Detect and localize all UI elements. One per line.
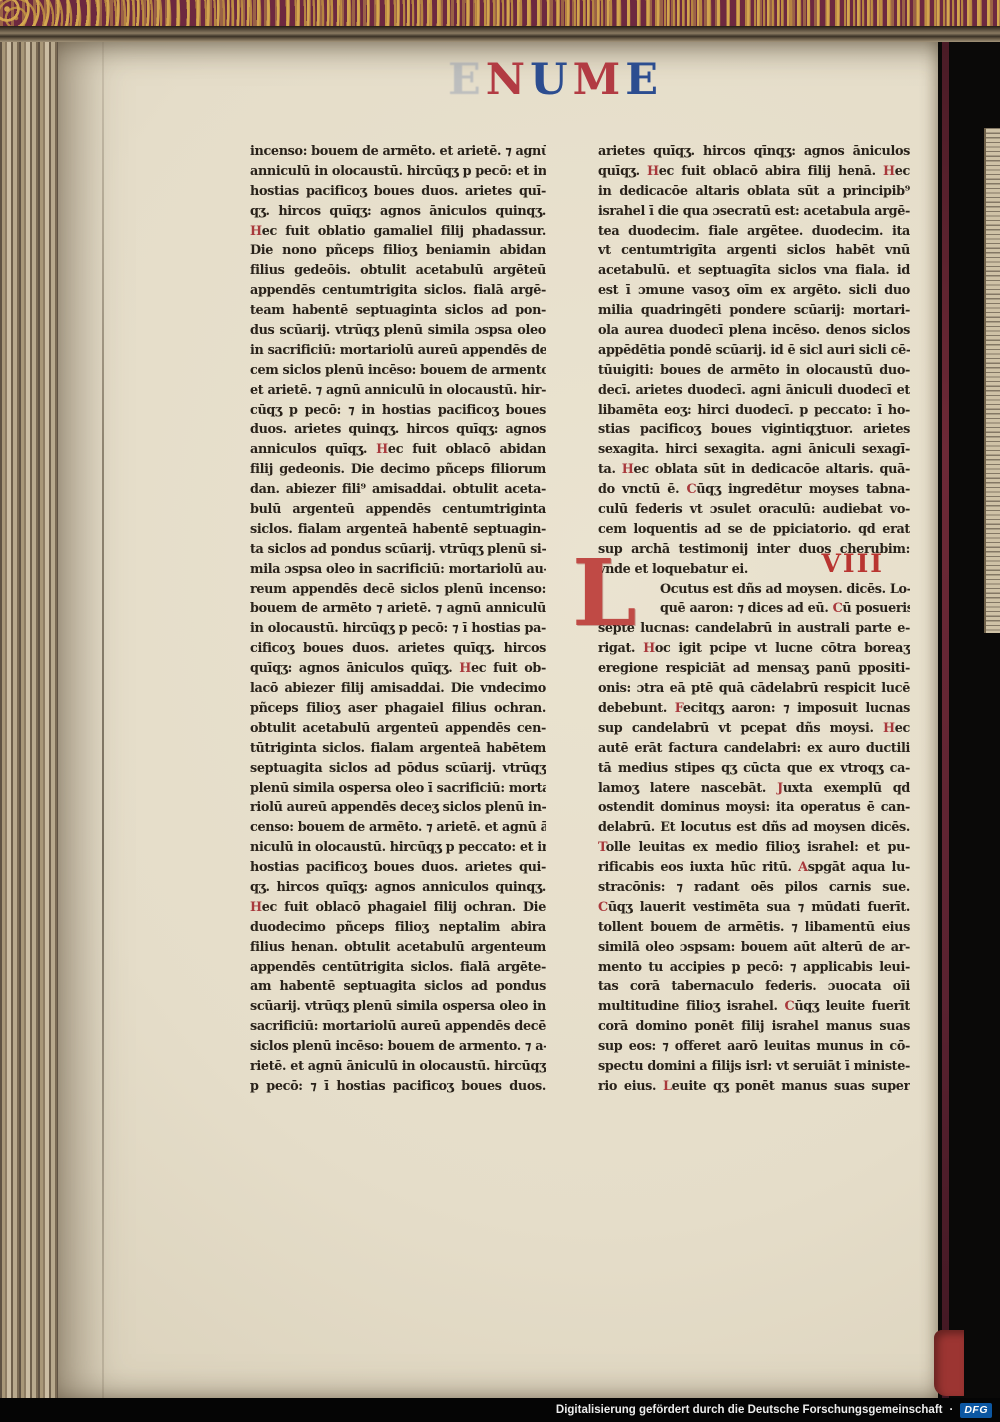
text-line: corā domino ponēt filij israhel manus su… bbox=[598, 1017, 910, 1037]
text-segment: ec fuit oblacō abira filij henā. bbox=[659, 164, 883, 179]
text-line: septuagita siclos ad pōdus scūarij. vtrū… bbox=[250, 759, 546, 779]
text-segment: cem siclos plenū incēso: bouem de arment… bbox=[250, 363, 546, 378]
text-segment: est ī ɔmune vasoʒ oīm ex argēto. sicli d… bbox=[598, 283, 910, 298]
text-line: qʒ. hircos quīqʒ: agnos āniculos quinqʒ. bbox=[250, 202, 546, 222]
text-line: dus scūarij. vtrūqʒ plenū simila ɔspsa o… bbox=[250, 321, 546, 341]
text-segment: cem loquentis ad se de ppiciatorio. qd e… bbox=[598, 522, 910, 537]
text-line: bulū argenteū appendēs centumtriginta bbox=[250, 500, 546, 520]
text-line: tūuigiti: boues de armēto in olocaustū d… bbox=[598, 361, 910, 381]
text-line: siclos. fialam argenteā habentē septuagi… bbox=[250, 520, 546, 540]
text-segment: qʒ. hircos quīqʒ: agnos anniculos quinqʒ… bbox=[250, 880, 546, 895]
text-segment: filius gedeōis. obtulit acetabulū argēte… bbox=[250, 263, 546, 278]
text-line: autē erāt factura candelabri: ex auro du… bbox=[598, 739, 910, 759]
bookmark-red-corner bbox=[934, 1330, 964, 1396]
text-segment: tea duodecim. fiale argētee. duodecim. i… bbox=[598, 224, 910, 239]
text-segment: in olocaustū. hircūqʒ p pecō: ⁊ ī hostia… bbox=[250, 621, 546, 636]
text-line: et arietē. ⁊ agnū anniculū in olocaustū.… bbox=[250, 381, 546, 401]
cover-fore-edge bbox=[942, 42, 949, 1398]
text-line: rigat. Hoc igit pcipe vt lucne cōtra bor… bbox=[598, 639, 910, 659]
text-line: ola aurea duodecī plena incēso. denos si… bbox=[598, 321, 910, 341]
text-line: eregione respiciāt ad mensaʒ panū pposit… bbox=[598, 659, 910, 679]
text-line: spectu domini a filijs isrl: vt seruiāt … bbox=[598, 1057, 910, 1077]
running-title-letter: E bbox=[625, 56, 658, 104]
text-line: similā oleo ɔspsam: bouem aūt alterū de … bbox=[598, 938, 910, 958]
text-segment: mila ɔspsa oleo in sacrificiū: mortariol… bbox=[250, 562, 546, 577]
text-segment: hostias pacificoʒ boues duos. arietes qu… bbox=[250, 184, 546, 199]
text-line: cificoʒ boues duos. arietes quīqʒ. hirco… bbox=[250, 639, 546, 659]
text-segment: decī. arietes duodecī. agni āniculi duod… bbox=[598, 383, 910, 398]
rubricated-letter: H bbox=[250, 224, 262, 239]
text-segment: scūarij. vtrūqʒ plenū simila ospersa ole… bbox=[250, 999, 546, 1014]
text-line: riolū aureū appendēs deceʒ siclos plenū … bbox=[250, 798, 546, 818]
text-line: in dedicacōe altaris oblata sūt a princi… bbox=[598, 182, 910, 202]
text-segment: spgāt aqua lu- bbox=[808, 860, 910, 875]
text-segment: rio eius. bbox=[598, 1079, 663, 1094]
text-segment: quē aaron: ⁊ dices ad eū. bbox=[660, 601, 833, 616]
text-segment: stias pacificoʒ boues vigintiqʒtuor. ari… bbox=[598, 422, 910, 437]
text-line: onis: ɔtra eā ptē quā cādelabrū respicit… bbox=[598, 679, 910, 699]
text-line: incenso: bouem de armēto. et arietē. ⁊ a… bbox=[250, 142, 546, 162]
text-line: bouem de armēto ⁊ arietē. ⁊ agnū annicul… bbox=[250, 599, 546, 619]
rubricated-letter: H bbox=[647, 164, 659, 179]
text-segment: euite qʒ ponēt manus suas super bbox=[672, 1079, 910, 1094]
text-line: Tolle leuitas ex medio filioʒ israhel: e… bbox=[598, 838, 910, 858]
text-line: rio eius. Leuite qʒ ponēt manus suas sup… bbox=[598, 1077, 910, 1097]
rubricated-letter: H bbox=[376, 442, 388, 457]
rubricated-letter: H bbox=[622, 462, 634, 477]
text-line: tas corā tabernaculo federis. ɔuocata oī… bbox=[598, 977, 910, 997]
text-segment: duodecimo pñceps filioʒ neptalim abira bbox=[250, 920, 546, 935]
text-segment: in sacrificiū: mortariolū aureū appendēs… bbox=[250, 343, 546, 358]
text-line: Hec fuit oblatio gamaliel filij phadassu… bbox=[250, 222, 546, 242]
text-line: qʒ. hircos quīqʒ: agnos anniculos quinqʒ… bbox=[250, 878, 546, 898]
text-line: septē lucnas: candelabrū in australi par… bbox=[598, 619, 910, 639]
gilt-cover-edge bbox=[0, 0, 1000, 26]
text-segment: appēdētia pondē scūarij. id ē sicl auri … bbox=[598, 343, 910, 358]
text-line: Die nono pñceps filioʒ beniamin abidan bbox=[250, 241, 546, 261]
text-line: israhel ī die qua ɔsecratū est: acetabul… bbox=[598, 202, 910, 222]
text-line: niculū in olocaustū. hircūqʒ p peccato: … bbox=[250, 838, 546, 858]
rubricated-letter: T bbox=[598, 840, 606, 855]
text-line: sup eos: ⁊ offeret aarō leuitas munus in… bbox=[598, 1037, 910, 1057]
text-line: multitudine filioʒ israhel. Cūqʒ leuite … bbox=[598, 997, 910, 1017]
text-segment: ta siclos ad pondus scūarij. vtrūqʒ plen… bbox=[250, 542, 546, 557]
text-segment: et arietē. ⁊ agnū anniculū in olocaustū.… bbox=[250, 383, 546, 398]
text-line: tūtriginta siclos. fialam argenteā habēt… bbox=[250, 739, 546, 759]
text-segment: milia quadringēti pondere scūarij: morta… bbox=[598, 303, 910, 318]
text-line: lacō abiezer filij amisaddai. Die vndeci… bbox=[250, 679, 546, 699]
text-segment: tūuigiti: boues de armēto in olocaustū d… bbox=[598, 363, 910, 378]
running-title-letter: M bbox=[573, 56, 621, 104]
text-line: cūqʒ p pecō: ⁊ in hostias pacificoʒ boue… bbox=[250, 401, 546, 421]
rubricated-letter: H bbox=[643, 641, 655, 656]
text-segment: tūtriginta siclos. fialam argenteā habēt… bbox=[250, 741, 546, 756]
rubricated-letter: H bbox=[459, 661, 471, 676]
rubricated-letter: F bbox=[675, 701, 683, 716]
text-segment: spectu domini a filijs isrl: vt seruiāt … bbox=[598, 1059, 910, 1074]
text-segment: culū federis vt ɔsulet oraculū: audiebat… bbox=[598, 502, 910, 517]
text-segment: ostendit dominus moysi: ita operatus ē c… bbox=[598, 800, 910, 815]
text-line: stias pacificoʒ boues vigintiqʒtuor. ari… bbox=[598, 420, 910, 440]
text-segment: am habentē septuagita siclos ad pondus bbox=[250, 979, 546, 994]
text-segment: obtulit acetabulū argenteū appendēs cen- bbox=[250, 721, 546, 736]
text-line: tea duodecim. fiale argētee. duodecim. i… bbox=[598, 222, 910, 242]
text-segment: ec bbox=[895, 721, 910, 736]
text-line: vnde et loquebatur ei.VIII bbox=[598, 560, 910, 580]
text-line: plenū simila ospersa oleo ī sacrificiū: … bbox=[250, 779, 546, 799]
text-column-right: arietes quīqʒ. hircos qīnqʒ: agnos ānicu… bbox=[598, 142, 910, 1097]
manuscript-scan: ENUME incenso: bouem de armēto. et ariet… bbox=[0, 0, 1000, 1422]
text-segment: ec fuit oblatio gamaliel filij phadassur… bbox=[262, 224, 546, 239]
text-line: Cūqʒ lauerit vestimēta sua ⁊ mūdati fuer… bbox=[598, 898, 910, 918]
text-segment: sacrificiū: mortariolū aureū appendēs de… bbox=[250, 1019, 546, 1034]
text-segment: Ocutus est dñs ad moysen. dicēs. Lo- bbox=[660, 582, 910, 597]
text-line: cem loquentis ad se de ppiciatorio. qd e… bbox=[598, 520, 910, 540]
text-segment: ta. bbox=[598, 462, 622, 477]
text-segment: stracōnis: ⁊ radant oēs pilos carnis sue… bbox=[598, 880, 910, 895]
text-segment: ūqʒ ingredētur moyses tabna- bbox=[696, 482, 910, 497]
text-segment: lacō abiezer filij amisaddai. Die vndeci… bbox=[250, 681, 546, 696]
text-line: est ī ɔmune vasoʒ oīm ex argēto. sicli d… bbox=[598, 281, 910, 301]
running-title-letter: U bbox=[530, 56, 568, 104]
text-segment: septuagita siclos ad pōdus scūarij. vtrū… bbox=[250, 761, 546, 776]
text-segment: pñceps filioʒ aser phagaiel filius ochra… bbox=[250, 701, 546, 716]
text-segment: ec fuit oblacō phagaiel filij ochran. Di… bbox=[262, 900, 546, 915]
text-segment: bulū argenteū appendēs centumtriginta bbox=[250, 502, 546, 517]
text-line: rificabis eos iuxta hūc ritū. Aspgāt aqu… bbox=[598, 858, 910, 878]
text-line: reum appendēs decē siclos plenū incenso: bbox=[250, 580, 546, 600]
text-segment: ecitqʒ aaron: ⁊ imposuit lucnas bbox=[683, 701, 910, 716]
running-title-letter: N bbox=[486, 56, 525, 104]
text-line: decī. arietes duodecī. agni āniculi duod… bbox=[598, 381, 910, 401]
text-segment: qʒ. hircos quīqʒ: agnos āniculos quinqʒ. bbox=[250, 204, 546, 219]
text-line: culū federis vt ɔsulet oraculū: audiebat… bbox=[598, 500, 910, 520]
text-line: obtulit acetabulū argenteū appendēs cen- bbox=[250, 719, 546, 739]
text-segment: riolū aureū appendēs deceʒ siclos plenū … bbox=[250, 800, 546, 815]
text-segment: filij gedeonis. Die decimo pñceps filior… bbox=[250, 462, 546, 477]
text-segment: onis: ɔtra eā ptē quā cādelabrū respicit… bbox=[598, 681, 910, 696]
rubricated-letter: H bbox=[883, 721, 895, 736]
text-segment: team habentē septuaginta siclos ad pon- bbox=[250, 303, 546, 318]
text-line: filius gedeōis. obtulit acetabulū argēte… bbox=[250, 261, 546, 281]
text-segment: israhel ī die qua ɔsecratū est: acetabul… bbox=[598, 204, 910, 219]
binding-page-edges bbox=[0, 42, 58, 1400]
text-line: duos. arietes quinqʒ. hircos quīqʒ: agno… bbox=[250, 420, 546, 440]
text-line: hostias pacificoʒ boues duos. arietes qu… bbox=[250, 182, 546, 202]
text-line: tollent bouem de armētis. ⁊ libamentū ei… bbox=[598, 918, 910, 938]
text-line: hostias pacificoʒ boues duos. arietes qu… bbox=[250, 858, 546, 878]
text-line: acetabulū. et septuagīta siclos vna fial… bbox=[598, 261, 910, 281]
text-line: debebunt. Fecitqʒ aaron: ⁊ imposuit lucn… bbox=[598, 699, 910, 719]
text-line: team habentē septuaginta siclos ad pon- bbox=[250, 301, 546, 321]
text-line: filius henan. obtulit acetabulū argenteu… bbox=[250, 938, 546, 958]
text-segment: appendēs centumtrigita siclos. fialā arg… bbox=[250, 283, 546, 298]
page-fold-line bbox=[102, 42, 104, 1398]
chapter-number: VIII bbox=[822, 554, 884, 574]
text-segment: cificoʒ boues duos. arietes quīqʒ. hirco… bbox=[250, 641, 546, 656]
text-segment: siclos. fialam argenteā habentē septuagi… bbox=[250, 522, 546, 537]
rubricated-letter: C bbox=[785, 999, 795, 1014]
text-segment: Die nono pñceps filioʒ beniamin abidan bbox=[250, 243, 546, 258]
manuscript-page: ENUME incenso: bouem de armēto. et ariet… bbox=[58, 42, 938, 1398]
text-segment: rificabis eos iuxta hūc ritū. bbox=[598, 860, 798, 875]
adjacent-page-sliver bbox=[984, 128, 1000, 633]
text-segment: niculū in olocaustū. hircūqʒ p peccato: … bbox=[250, 840, 546, 855]
text-segment: debebunt. bbox=[598, 701, 675, 716]
text-segment: reum appendēs decē siclos plenū incenso: bbox=[250, 582, 546, 597]
text-line: vt centumtrigīta argenti siclos habēt vn… bbox=[598, 241, 910, 261]
text-segment: ola aurea duodecī plena incēso. denos si… bbox=[598, 323, 910, 338]
text-segment: tollent bouem de armētis. ⁊ libamentū ei… bbox=[598, 920, 910, 935]
text-line: do vnctū ē. Cūqʒ ingredētur moyses tabna… bbox=[598, 480, 910, 500]
footer-credit-text: Digitalisierung gefördert durch die Deut… bbox=[556, 1404, 943, 1416]
rubricated-letter: C bbox=[686, 482, 696, 497]
text-line: mento tu accipies p pecō: ⁊ applicabis l… bbox=[598, 958, 910, 978]
dfg-logo: DFG bbox=[960, 1403, 992, 1418]
running-title-nume: ENUME bbox=[448, 56, 658, 108]
text-column-left: incenso: bouem de armēto. et arietē. ⁊ a… bbox=[250, 142, 546, 1097]
text-segment: ūqʒ leuite fuerīt bbox=[794, 999, 910, 1014]
rubricated-letter: C bbox=[598, 900, 608, 915]
text-line: appendēs centūtrigita siclos. fialā argē… bbox=[250, 958, 546, 978]
rubricated-letter: L bbox=[663, 1079, 672, 1094]
text-segment: censo: bouem de armēto. ⁊ arietē. et agn… bbox=[250, 820, 546, 835]
text-line: stracōnis: ⁊ radant oēs pilos carnis sue… bbox=[598, 878, 910, 898]
text-segment: anniculos quīqʒ. bbox=[250, 442, 376, 457]
text-line: am habentē septuagita siclos ad pondus bbox=[250, 977, 546, 997]
text-segment: eregione respiciāt ad mensaʒ panū pposit… bbox=[598, 661, 910, 676]
text-segment: appendēs centūtrigita siclos. fialā argē… bbox=[250, 960, 546, 975]
text-line: quīqʒ: agnos āniculos quīqʒ. Hec fuit ob… bbox=[250, 659, 546, 679]
text-line: appēdētia pondē scūarij. id ē sicl auri … bbox=[598, 341, 910, 361]
text-segment: plenū simila ospersa oleo ī sacrificiū: … bbox=[250, 781, 546, 796]
text-segment: mento tu accipies p pecō: ⁊ applicabis l… bbox=[598, 960, 910, 975]
text-segment: septē lucnas: candelabrū in australi par… bbox=[598, 621, 910, 636]
drop-cap-initial-L: L bbox=[572, 550, 637, 636]
text-line: cem siclos plenū incēso: bouem de arment… bbox=[250, 361, 546, 381]
text-segment: bouem de armēto ⁊ arietē. ⁊ agnū annicul… bbox=[250, 601, 546, 616]
text-line: censo: bouem de armēto. ⁊ arietē. et agn… bbox=[250, 818, 546, 838]
text-segment: ū posueris bbox=[842, 601, 910, 616]
text-line: lamoʒ latere nascebāt. Juxta exemplū qd bbox=[598, 779, 910, 799]
text-line: Ocutus est dñs ad moysen. dicēs. Lo- bbox=[598, 580, 910, 600]
text-line: sacrificiū: mortariolū aureū appendēs de… bbox=[250, 1017, 546, 1037]
text-line: p pecō: ⁊ ī hostias pacificoʒ boues duos… bbox=[250, 1077, 546, 1097]
text-segment: tas corā tabernaculo federis. ɔuocata oī… bbox=[598, 979, 910, 994]
footer-separator: · bbox=[949, 1404, 953, 1416]
text-segment: sup eos: ⁊ offeret aarō leuitas munus in… bbox=[598, 1039, 910, 1054]
text-segment: dus scūarij. vtrūqʒ plenū simila ɔspsa o… bbox=[250, 323, 546, 338]
text-line: filij gedeonis. Die decimo pñceps filior… bbox=[250, 460, 546, 480]
text-line: quīqʒ. Hec fuit oblacō abira filij henā.… bbox=[598, 162, 910, 182]
text-line: dan. abiezer fili⁹ amisaddai. obtulit ac… bbox=[250, 480, 546, 500]
text-segment: rietē. et agnū āniculū in olocaustū. hir… bbox=[250, 1059, 546, 1074]
text-segment: multitudine filioʒ israhel. bbox=[598, 999, 785, 1014]
text-line: duodecimo pñceps filioʒ neptalim abira bbox=[250, 918, 546, 938]
text-segment: similā oleo ɔspsam: bouem aūt alterū de … bbox=[598, 940, 910, 955]
text-segment: quīqʒ: agnos āniculos quīqʒ. bbox=[250, 661, 459, 676]
text-segment: autē erāt factura candelabri: ex auro du… bbox=[598, 741, 910, 756]
text-segment: incenso: bouem de armēto. et arietē. ⁊ a… bbox=[250, 144, 546, 159]
text-line: mila ɔspsa oleo in sacrificiū: mortariol… bbox=[250, 560, 546, 580]
rubricated-letter: A bbox=[798, 860, 808, 875]
text-line: milia quadringēti pondere scūarij: morta… bbox=[598, 301, 910, 321]
text-line: sexagita. hirci sexagita. agni āniculi s… bbox=[598, 440, 910, 460]
text-line: in olocaustū. hircūqʒ p pecō: ⁊ ī hostia… bbox=[250, 619, 546, 639]
text-line: quē aaron: ⁊ dices ad eū. Cū posueris bbox=[598, 599, 910, 619]
text-line: in sacrificiū: mortariolū aureū appendēs… bbox=[250, 341, 546, 361]
text-segment: arietes quīqʒ. hircos qīnqʒ: agnos ānicu… bbox=[598, 144, 910, 159]
text-segment: dan. abiezer fili⁹ amisaddai. obtulit ac… bbox=[250, 482, 546, 497]
text-segment: acetabulū. et septuagīta siclos vna fial… bbox=[598, 263, 910, 278]
text-line: anniculos quīqʒ. Hec fuit oblacō abidan bbox=[250, 440, 546, 460]
text-line: ta. Hec oblata sūt in dedicacōe altaris.… bbox=[598, 460, 910, 480]
text-segment: olle leuitas ex medio filioʒ israhel: et… bbox=[606, 840, 910, 855]
text-segment: oc igit pcipe vt lucne cōtra boreaʒ bbox=[655, 641, 910, 656]
text-line: anniculū in olocaustū. hircūqʒ p pecō: e… bbox=[250, 162, 546, 182]
text-segment: siclos plenū incēso: bouem de armento. ⁊… bbox=[250, 1039, 546, 1054]
rubricated-letter: H bbox=[250, 900, 262, 915]
text-segment: ec bbox=[895, 164, 910, 179]
rubricated-letter: H bbox=[883, 164, 895, 179]
text-line: pñceps filioʒ aser phagaiel filius ochra… bbox=[250, 699, 546, 719]
text-line: delabrū. Et locutus est dñs ad moysen di… bbox=[598, 818, 910, 838]
rubricated-letter: C bbox=[833, 601, 843, 616]
text-line: ta siclos ad pondus scūarij. vtrūqʒ plen… bbox=[250, 540, 546, 560]
text-line: siclos plenū incēso: bouem de armento. ⁊… bbox=[250, 1037, 546, 1057]
text-segment: duos. arietes quinqʒ. hircos quīqʒ: agno… bbox=[250, 422, 546, 437]
text-line: libamēta eoʒ: hirci duodecī. p peccato: … bbox=[598, 401, 910, 421]
text-line: arietes quīqʒ. hircos qīnqʒ: agnos ānicu… bbox=[598, 142, 910, 162]
digitization-footer: Digitalisierung gefördert durch die Deut… bbox=[0, 1398, 1000, 1422]
text-segment: corā domino ponēt filij israhel manus su… bbox=[598, 1019, 910, 1034]
text-segment: ūqʒ lauerit vestimēta sua ⁊ mūdati fuerī… bbox=[608, 900, 910, 915]
text-line: ostendit dominus moysi: ita operatus ē c… bbox=[598, 798, 910, 818]
text-segment: in dedicacōe altaris oblata sūt a princi… bbox=[598, 184, 910, 199]
text-segment: ec oblata sūt in dedicacōe altaris. quā- bbox=[634, 462, 910, 477]
text-line: scūarij. vtrūqʒ plenū simila ospersa ole… bbox=[250, 997, 546, 1017]
text-segment: ec fuit oblacō abidan bbox=[388, 442, 546, 457]
text-segment: lamoʒ latere nascebāt. bbox=[598, 781, 777, 796]
text-line: appendēs centumtrigita siclos. fialā arg… bbox=[250, 281, 546, 301]
text-segment: quīqʒ. bbox=[598, 164, 647, 179]
text-segment: hostias pacificoʒ boues duos. arietes qu… bbox=[250, 860, 546, 875]
text-segment: tā medius stipes qʒ cūcta que ex vtroqʒ … bbox=[598, 761, 910, 776]
text-segment: delabrū. Et locutus est dñs ad moysen di… bbox=[598, 820, 910, 835]
text-segment: uxta exemplū qd bbox=[783, 781, 910, 796]
text-segment: filius henan. obtulit acetabulū argenteu… bbox=[250, 940, 546, 955]
text-line: tā medius stipes qʒ cūcta que ex vtroqʒ … bbox=[598, 759, 910, 779]
text-segment: ec fuit ob- bbox=[471, 661, 546, 676]
text-segment: sexagita. hirci sexagita. agni āniculi s… bbox=[598, 442, 910, 457]
text-segment: do vnctū ē. bbox=[598, 482, 686, 497]
text-line: Hec fuit oblacō phagaiel filij ochran. D… bbox=[250, 898, 546, 918]
text-segment: libamēta eoʒ: hirci duodecī. p peccato: … bbox=[598, 403, 910, 418]
page-top-edges bbox=[0, 26, 1000, 42]
running-title-ghost-letter: E bbox=[448, 56, 481, 104]
text-segment: anniculū in olocaustū. hircūqʒ p pecō: e… bbox=[250, 164, 546, 179]
text-segment: sup candelabrū vt pcepat dñs moysi. bbox=[598, 721, 883, 736]
text-segment: cūqʒ p pecō: ⁊ in hostias pacificoʒ boue… bbox=[250, 403, 546, 418]
text-segment: p pecō: ⁊ ī hostias pacificoʒ boues duos… bbox=[250, 1079, 546, 1094]
text-line: rietē. et agnū āniculū in olocaustū. hir… bbox=[250, 1057, 546, 1077]
text-segment: vt centumtrigīta argenti siclos habēt vn… bbox=[598, 243, 910, 258]
text-line: sup candelabrū vt pcepat dñs moysi. Hec bbox=[598, 719, 910, 739]
